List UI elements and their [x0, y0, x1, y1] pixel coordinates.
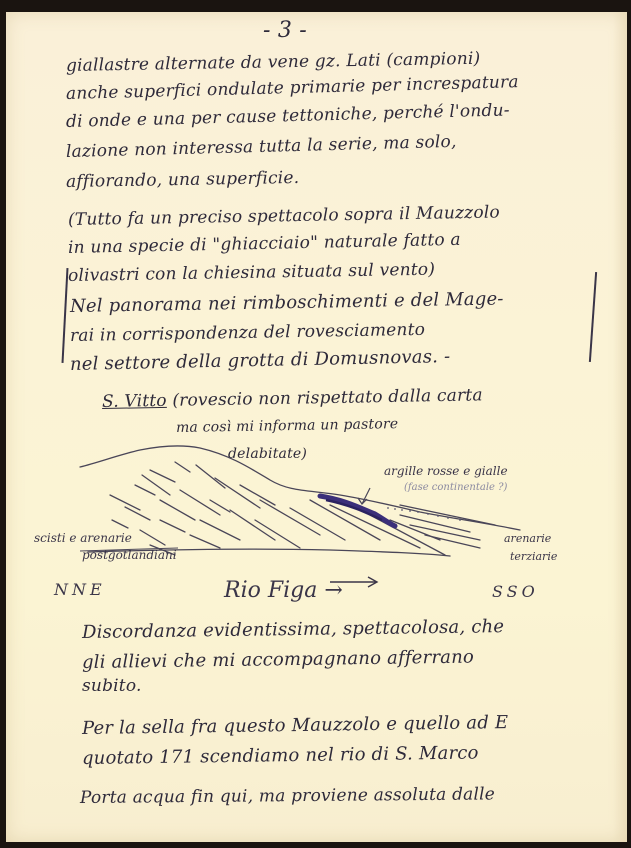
sketch-title: S. Vitto: [102, 391, 167, 412]
page-number: - 3 -: [263, 18, 307, 43]
text-line: Nel panorama nei rimboschimenti e del Ma…: [70, 288, 504, 317]
direction-label-nne: NNE: [54, 580, 106, 599]
text-line: Porta acqua fin qui, ma proviene assolut…: [80, 784, 495, 808]
text-line: lazione non interessa tutta la serie, ma…: [66, 132, 457, 162]
sketch-caption: delabitate): [228, 446, 307, 462]
sketch-caption: ma così mi informa un pastore: [176, 416, 399, 436]
direction-label-sso: SSO: [492, 582, 539, 601]
sketch-caption: (rovescio non rispettato dalla carta: [172, 385, 483, 410]
text-line: anche superfici ondulate primarie per in…: [66, 72, 519, 104]
text-line: Per la sella fra questo Mauzzolo e quell…: [82, 712, 509, 739]
text-line: gli allievi che mi accompagnano afferran…: [82, 647, 474, 673]
text-line: in una specie di "ghiacciaio" naturale f…: [68, 230, 461, 258]
river-label: Rio Figa →: [224, 578, 343, 603]
text-line: olivastri con la chiesina situata sul ve…: [68, 260, 435, 286]
sketch-label-right: terziarie: [510, 550, 557, 563]
text-line: subito.: [82, 676, 142, 696]
sketch-annotation: argille rosse e gialle: [384, 464, 508, 478]
margin-bracket-right: [589, 272, 597, 362]
text-line: di onde e una per cause tettoniche, perc…: [66, 100, 510, 132]
sketch-label-left: postgotlandiani: [82, 548, 177, 562]
sketch-title-line: S. Vitto (rovescio non rispettato dalla …: [102, 385, 483, 412]
text-line: giallastre alternate da vene gz. Lati (c…: [66, 49, 481, 76]
sketch-annotation-sub: (fase continentale ?): [404, 482, 507, 493]
sketch-label-left: scisti e arenarie: [34, 531, 132, 545]
sketch-label-right: arenarie: [504, 532, 551, 545]
text-line: affiorando, una superficie.: [66, 168, 300, 192]
text-line: nel settore della grotta di Domusnovas. …: [70, 346, 451, 375]
text-line: Discordanza evidentissima, spettacolosa,…: [82, 616, 504, 643]
notebook-page: - 3 - giallastre alternate da vene gz. L…: [6, 12, 627, 842]
text-line: quotato 171 scendiamo nel rio di S. Marc…: [82, 742, 479, 769]
text-line: rai in corrispondenza del rovesciamento: [70, 320, 425, 346]
text-line: (Tutto fa un preciso spettacolo sopra il…: [68, 202, 500, 230]
